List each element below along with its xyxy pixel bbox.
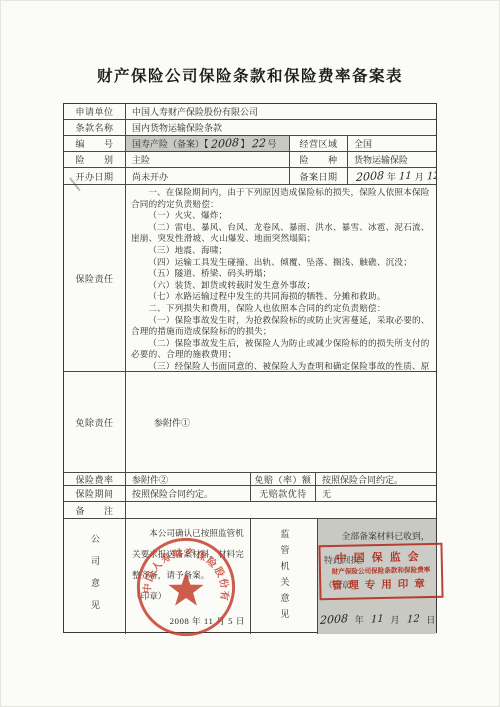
regulator-stamp-line1: 中国保监会 [321, 548, 441, 567]
scanned-filing-form-page: 财产保险公司保险条款和保险费率备案表 申请单位 中国人寿财产保险股份有限公司 条… [0, 0, 500, 707]
row-applicant: 申请单位 中国人寿财产保险股份有限公司 [64, 104, 436, 120]
liability-line: （一）火灾、爆炸； [131, 210, 431, 222]
seal-star-icon [168, 572, 203, 606]
row-clause-name: 条款名称 国内货物运输保险条款 [64, 120, 436, 136]
filing-year-handwritten: 2008 [356, 171, 384, 182]
regulator-opinion-label-text: 监管机关意见 [280, 529, 289, 625]
filing-month-unit: 月 [415, 170, 424, 183]
number-label: 编 号 [64, 136, 126, 151]
number-value: 国寿产险（备案）【2008】22号 [126, 136, 290, 151]
liability-line: （二）雷电、暴风、台风、龙卷风、暴雨、洪水、暴雪、冰雹、泥石流、崖崩、突发性滑坡… [131, 222, 431, 245]
liability-line: （七）水路运输过程中发生的共同海损的牺牲、分摊和救助。 [131, 291, 431, 303]
liability-line: （四）运输工具发生碰撞、出轨、倾覆、坠落、搁浅、触礁、沉没； [131, 257, 431, 269]
liability-line: （三）地震、海啸； [131, 245, 431, 257]
class-label: 险 别 [64, 152, 126, 167]
regulator-year-unit: 年 [355, 613, 364, 626]
filing-month-handwritten: 11 [399, 171, 412, 181]
rate-label: 保险费率 [64, 473, 126, 485]
deductible-value: 按照保险合同约定。 [316, 473, 436, 485]
start-date-label: 开办日期 [64, 168, 126, 184]
row-exclusion: 免除责任 参附件① [64, 372, 436, 473]
applicant-value: 中国人寿财产保险股份有限公司 [126, 104, 436, 119]
company-opinion-label-text: 公司意见 [90, 532, 99, 622]
liability-line: （五）隧道、桥梁、码头坍塌； [131, 268, 431, 280]
row-dates: 开办日期 尚未开办 备案日期 2008 年 11 月 12 日 [64, 168, 436, 185]
number-prefix: 国寿产险（备案）【 [132, 137, 209, 150]
type-value: 货物运输保险 [348, 152, 436, 167]
regulator-opinion-label: 监管机关意见 [251, 519, 318, 634]
liability-line: （二）保险事故发生后，被保险人为防止或减少保险标的的损失所支付的必要的、合理的施… [131, 338, 431, 361]
liability-label: 保险责任 [64, 185, 126, 371]
row-class-type: 险 别 主险 险 种 货物运输保险 [64, 152, 436, 168]
number-no-handwritten: 22 [251, 138, 265, 148]
number-year-handwritten: 2008 [210, 138, 238, 149]
exclusion-label: 免除责任 [64, 372, 126, 472]
liability-line: 一、在保险期间内，由于下列原因造成保险标的损失，保险人依照本保险合同的约定负责赔… [131, 187, 431, 210]
exclusion-value: 参附件① [126, 372, 436, 472]
filing-date-value: 2008 年 11 月 12 日 [348, 168, 436, 184]
type-label: 险 种 [290, 152, 348, 167]
row-remark: 备 注 [64, 502, 436, 519]
regulator-opinion-date: 2008 年 11 月 12 日 [318, 613, 436, 626]
remark-value [126, 502, 436, 518]
rate-value: 参附件② [126, 473, 251, 485]
row-number-region: 编 号 国寿产险（备案）【2008】22号 经营区域 全国 [64, 136, 436, 152]
region-value: 全国 [348, 136, 436, 151]
liability-line: （六）装货、卸货或转载时发生意外事故； [131, 280, 431, 292]
company-round-seal: 中国人寿财产保险股份有限公司 [130, 531, 242, 643]
liability-line: 二、下列损失和费用，保险人也依照本合同的约定负责赔偿： [131, 303, 431, 315]
liability-text: 一、在保险期间内，由于下列原因造成保险标的损失，保险人依照本保险合同的约定负责赔… [126, 185, 436, 371]
ncd-value: 无 [316, 486, 436, 501]
remark-label: 备 注 [64, 502, 126, 518]
row-liability: 保险责任 一、在保险期间内，由于下列原因造成保险标的损失，保险人依照本保险合同的… [64, 185, 436, 372]
number-suffix: 号 [268, 137, 277, 150]
liability-line: （三）经保险人书面同意的、被保险人为查明和确定保险事故的性质、原因和保险标的的损… [131, 361, 431, 371]
regulator-stamp-line3: 管理专用印章 [321, 576, 441, 594]
region-label: 经营区域 [290, 136, 348, 151]
regulator-year-handwritten: 2008 [320, 614, 348, 625]
row-rate: 保险费率 参附件② 免赔（率）额 按照保险合同约定。 [64, 473, 436, 486]
regulator-day-handwritten: 12 [406, 615, 419, 625]
clause-name-value: 国内货物运输保险条款 [126, 120, 436, 135]
ncd-label: 无赔款优待 [251, 486, 316, 501]
period-value: 按照保险合同约定。 [126, 486, 251, 501]
company-opinion-label: 公司意见 [64, 519, 126, 634]
liability-line: （一）保险事故发生时，为抢救保险标的或防止灾害蔓延，采取必要的、合理的措施而造成… [131, 315, 431, 338]
regulator-month-handwritten: 11 [371, 615, 384, 625]
row-period: 保险期间 按照保险合同约定。 无赔款优待 无 [64, 486, 436, 502]
clause-name-label: 条款名称 [64, 120, 126, 135]
regulator-stamp: 中国保监会 财产保险公司保险条款和保险费率 管理专用印章 [318, 543, 443, 601]
filing-year-unit: 年 [387, 170, 396, 183]
filing-date-label: 备案日期 [290, 168, 348, 184]
regulator-month-unit: 月 [391, 613, 400, 626]
number-bracket: 】 [241, 137, 250, 150]
form-title: 财产保险公司保险条款和保险费率备案表 [0, 64, 500, 86]
filing-day-handwritten: 12 [427, 171, 436, 181]
applicant-label: 申请单位 [64, 104, 126, 119]
start-date-value: 尚未开办 [126, 168, 290, 184]
regulator-day-unit: 日 [426, 613, 435, 626]
deductible-label: 免赔（率）额 [251, 473, 316, 485]
period-label: 保险期间 [64, 486, 126, 501]
class-value: 主险 [126, 152, 290, 167]
